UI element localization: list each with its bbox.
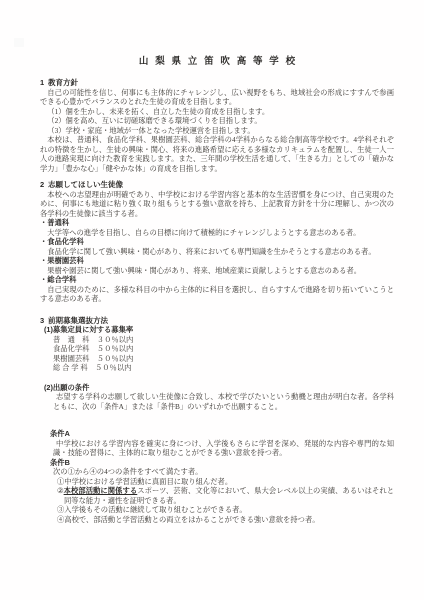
desired-students-intro: 本校への志望理由が明確であり、中学校における学習内容と基本的な生活習慣を身につけ…	[40, 190, 394, 219]
section-2-title: 志願してほしい生徒像	[48, 180, 123, 189]
section-3-title: 前期募集選抜方法	[48, 316, 108, 325]
dept-general-desc: 大学等への進学を目指し、自らの目標に向けて積極的にチャレンジしようとする意志のあ…	[40, 228, 394, 238]
section-selection-method: 3前期募集選抜方法 (1)募集定員に対する募集率 普 通 科 ３０％以内 食品化…	[40, 316, 394, 525]
rate-integrated: 総 合 学 科 ５０％以内	[53, 363, 394, 373]
recruitment-rate-heading: (1)募集定員に対する募集率	[44, 325, 394, 335]
condition-b-intro: 次の①から④の4つの条件をすべて満たす者。	[53, 467, 394, 477]
policy-point-1: （1）個を生かし、未来を拓く、自立した生徒の育成を目指します。	[40, 107, 394, 117]
dept-fruit-horticulture-desc: 果樹や園芸に関して強い興味・関心があり、将来、地域産業に貢献しようとする意志のあ…	[40, 266, 394, 276]
section-3-heading: 3前期募集選抜方法	[40, 316, 394, 326]
section-1-title: 教育方針	[48, 78, 78, 87]
dept-food-chemistry-label: ・食品化学科	[40, 237, 394, 247]
condition-a-heading: 条件A	[50, 429, 394, 439]
section-desired-students: 2志願してほしい生徒像 本校への志望理由が明確であり、中学校における学習内容と基…	[40, 180, 394, 304]
policy-intro-paragraph: 自己の可能性を信じ、何事にも主体的にチャレンジし、広い視野をもち、地域社会の形成…	[40, 88, 394, 107]
policy-body-paragraph: 本校は、普通科、食品化学科、果樹園芸科、総合学科の4学科からなる総合制高等学校で…	[40, 135, 394, 173]
application-conditions-heading: (2)出願の条件	[44, 383, 394, 393]
condition-b-item-3: ③入学後もその活動に継続して取り組むことができる者。	[57, 505, 394, 515]
policy-point-2: （2）個を高め、互いに切磋琢磨できる環境づくりを目指します。	[40, 116, 394, 126]
condition-b-item-2: ②本校部活動に関係するスポーツ、芸術、文化等において、県大会レベル以上の実績、あ…	[57, 486, 394, 505]
application-conditions-intro: 志望する学科の志願して欲しい生徒像に合致し、本校で学びたいという動機と理由が明白…	[53, 392, 394, 411]
document-page: 山梨県立笛吹高等学校 1教育方針 自己の可能性を信じ、何事にも主体的にチャレンジ…	[0, 0, 424, 600]
rate-general: 普 通 科 ３０％以内	[53, 335, 394, 345]
scan-artifact	[14, 38, 24, 47]
section-1-heading: 1教育方針	[40, 78, 394, 88]
condition-b-item-1: ①中学校における学習活動に真面目に取り組んだ者。	[57, 477, 394, 487]
dept-integrated-desc: 自己実現のために、多様な科目の中から主体的に科目を選択し、自らすすんで進路を切り…	[40, 285, 394, 304]
section-3-number: 3	[40, 316, 48, 326]
dept-fruit-horticulture-label: ・果樹園芸科	[40, 256, 394, 266]
section-education-policy: 1教育方針 自己の可能性を信じ、何事にも主体的にチャレンジし、広い視野をもち、地…	[40, 78, 394, 173]
section-2-number: 2	[40, 180, 48, 190]
section-2-heading: 2志願してほしい生徒像	[40, 180, 394, 190]
dept-food-chemistry-desc: 食品化学に関して強い興味・関心があり、将来においても専門知識を生かそうとする意志…	[40, 247, 394, 257]
condition-b-item-2-number: ②	[57, 486, 64, 495]
condition-b-item-4: ④高校で、部活動と学習活動との両立をはかることができる強い意欲を持つ者。	[57, 515, 394, 525]
dept-integrated-label: ・総合学科	[40, 275, 394, 285]
rate-food-chemistry: 食品化学科 ５０％以内	[53, 344, 394, 354]
section-1-number: 1	[40, 78, 48, 88]
dept-general-label: ・普通科	[40, 218, 394, 228]
condition-a-body: 中学校における学習内容を確実に身につけ、入学後もさらに学習を深め、発展的な内容や…	[53, 439, 394, 458]
condition-b-heading: 条件B	[50, 458, 394, 468]
condition-b-item-2-underlined-phrase: 本校部活動に関係する	[64, 486, 138, 495]
policy-point-3: （3）学校・家庭・地域が一体となった学校運営を目指します。	[40, 126, 394, 136]
rate-fruit-horticulture: 果樹園芸科 ５０％以内	[53, 354, 394, 364]
document-title: 山梨県立笛吹高等学校	[40, 56, 394, 68]
document-content: 山梨県立笛吹高等学校 1教育方針 自己の可能性を信じ、何事にも主体的にチャレンジ…	[40, 56, 394, 524]
